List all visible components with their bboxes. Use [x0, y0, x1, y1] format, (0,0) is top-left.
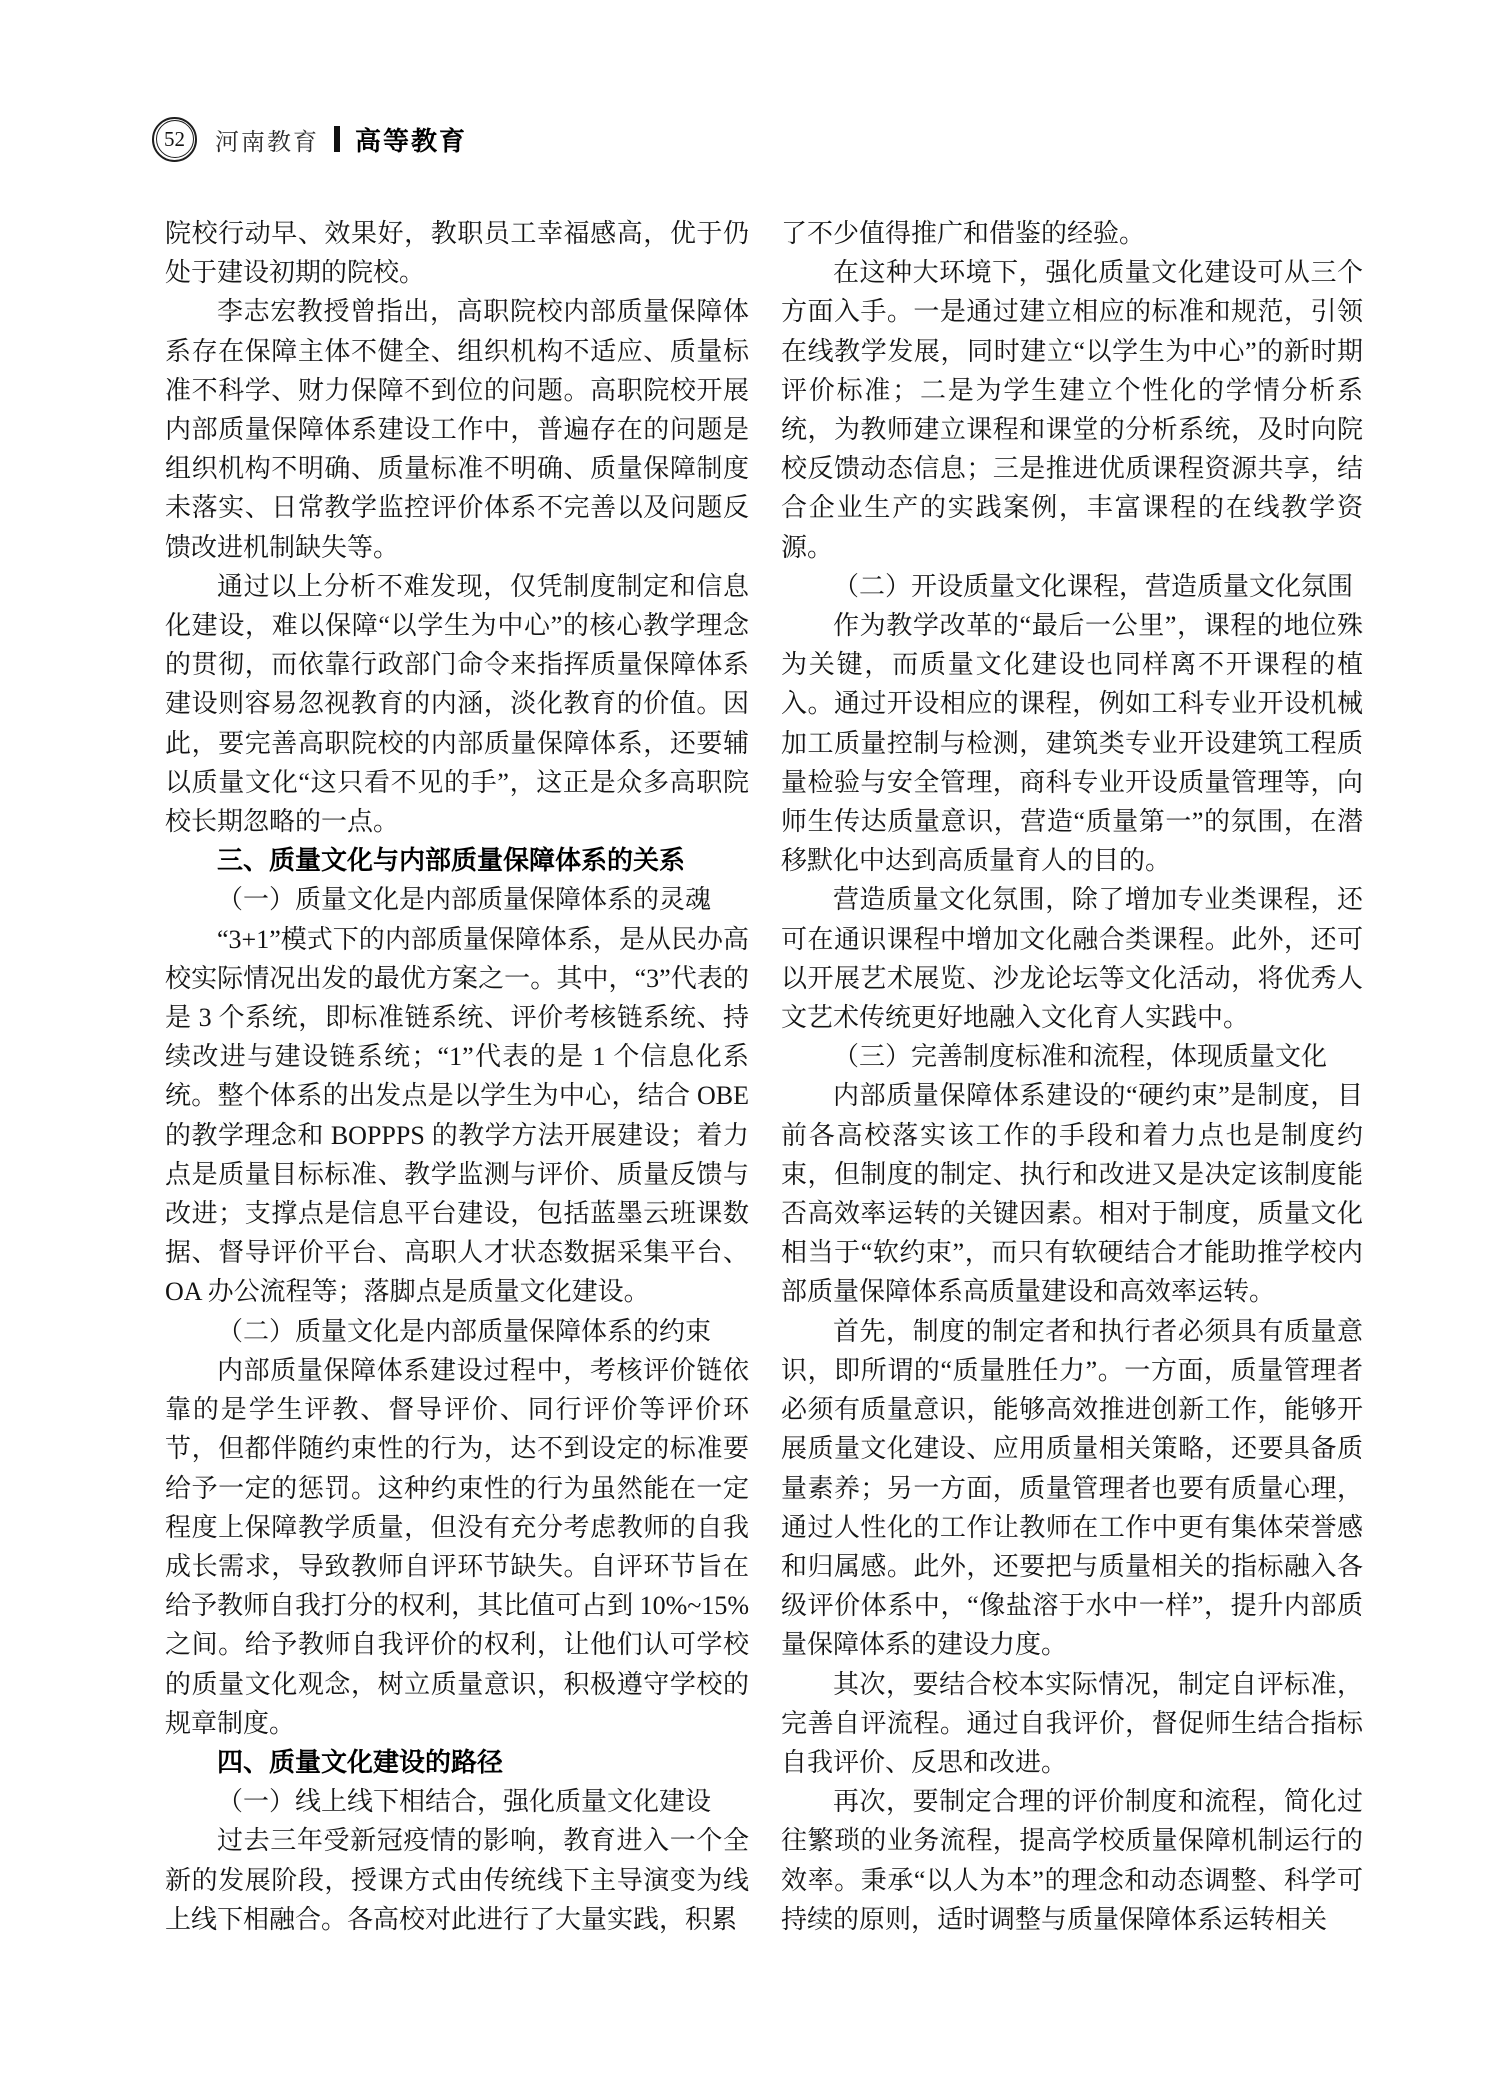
journal-name: 河南教育 [215, 122, 319, 157]
journal-title: 河南教育 高等教育 [215, 121, 467, 158]
page-number-badge: 52 [152, 117, 197, 162]
paragraph: 其次，要结合校本实际情况，制定自评标准，完善自评流程。通过自我评价，督促师生结合… [781, 1665, 1363, 1783]
paragraph: 院校行动早、效果好，教职员工幸福感高，优于仍处于建设初期的院校。 [165, 214, 749, 292]
section-heading: 三、质量文化与内部质量保障体系的关系 [165, 841, 749, 880]
paragraph: 过去三年受新冠疫情的影响，教育进入一个全新的发展阶段，授课方式由传统线下主导演变… [165, 1821, 749, 1939]
subsection-heading: （一）质量文化是内部质量保障体系的灵魂 [165, 880, 749, 919]
paragraph: 营造质量文化氛围，除了增加专业类课程，还可在通识课程中增加文化融合类课程。此外，… [781, 880, 1363, 1037]
paragraph: 通过以上分析不难发现，仅凭制度制定和信息化建设，难以保障“以学生为中心”的核心教… [165, 567, 749, 841]
paragraph: 再次，要制定合理的评价制度和流程，简化过往繁琐的业务流程，提高学校质量保障机制运… [781, 1782, 1363, 1939]
right-column: 了不少值得推广和借鉴的经验。在这种大环境下，强化质量文化建设可从三个方面入手。一… [781, 214, 1363, 1939]
section-name: 高等教育 [355, 121, 467, 158]
paragraph: “3+1”模式下的内部质量保障体系，是从民办高校实际情况出发的最优方案之一。其中… [165, 920, 749, 1312]
page-header: 52 河南教育 高等教育 [152, 115, 467, 163]
paragraph: 了不少值得推广和借鉴的经验。 [781, 214, 1363, 253]
section-heading: 四、质量文化建设的路径 [165, 1743, 749, 1782]
paragraph: 作为教学改革的“最后一公里”，课程的地位殊为关键，而质量文化建设也同样离不开课程… [781, 606, 1363, 880]
paragraph: 内部质量保障体系建设过程中，考核评价链依靠的是学生评教、督导评价、同行评价等评价… [165, 1351, 749, 1743]
paragraph: 李志宏教授曾指出，高职院校内部质量保障体系存在保障主体不健全、组织机构不适应、质… [165, 292, 749, 566]
journal-page: 52 河南教育 高等教育 院校行动早、效果好，教职员工幸福感高，优于仍处于建设初… [0, 0, 1504, 2095]
page-number: 52 [164, 127, 185, 152]
left-column: 院校行动早、效果好，教职员工幸福感高，优于仍处于建设初期的院校。李志宏教授曾指出… [165, 214, 749, 1939]
paragraph: 在这种大环境下，强化质量文化建设可从三个方面入手。一是通过建立相应的标准和规范，… [781, 253, 1363, 567]
paragraph: 内部质量保障体系建设的“硬约束”是制度，目前各高校落实该工作的手段和着力点也是制… [781, 1076, 1363, 1311]
subsection-heading: （一）线上线下相结合，强化质量文化建设 [165, 1782, 749, 1821]
subsection-heading: （三）完善制度标准和流程，体现质量文化 [781, 1037, 1363, 1076]
paragraph: 首先，制度的制定者和执行者必须具有质量意识，即所谓的“质量胜任力”。一方面，质量… [781, 1312, 1363, 1665]
title-divider-bar [334, 126, 340, 152]
subsection-heading: （二）开设质量文化课程，营造质量文化氛围 [781, 567, 1363, 606]
subsection-heading: （二）质量文化是内部质量保障体系的约束 [165, 1312, 749, 1351]
